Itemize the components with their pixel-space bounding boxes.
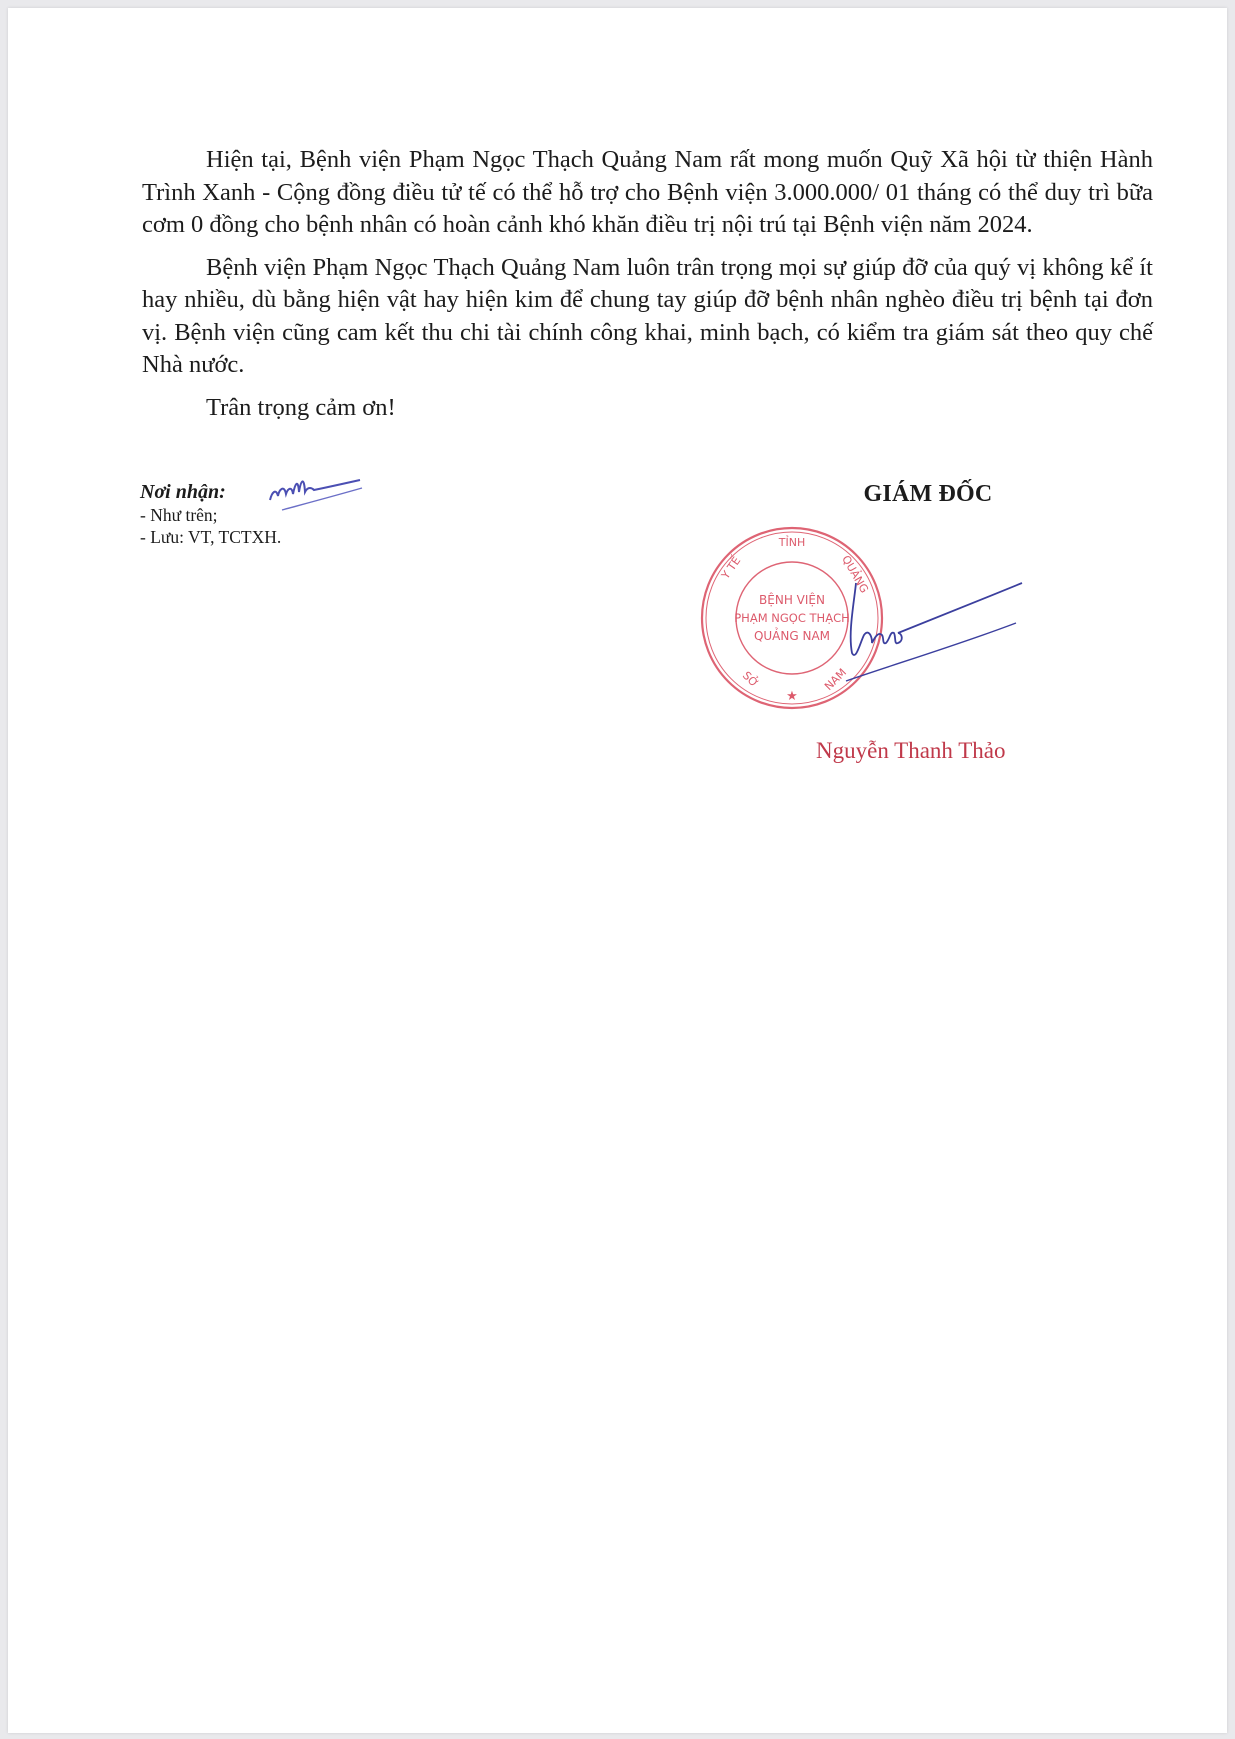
letter-body: Hiện tại, Bệnh viện Phạm Ngọc Thạch Quản… — [142, 144, 1153, 424]
signer-name: Nguyễn Thanh Thảo — [816, 738, 1006, 764]
director-signature-icon — [838, 563, 1028, 713]
paragraph-request: Hiện tại, Bệnh viện Phạm Ngọc Thạch Quản… — [142, 144, 1153, 242]
signature-block: GIÁM ĐỐC — [788, 480, 1068, 508]
recipients-block: Nơi nhận: - Như trên; - Lưu: VT, TCTXH. — [140, 480, 281, 548]
svg-text:★: ★ — [786, 689, 798, 704]
recipient-item: - Như trên; — [140, 504, 281, 526]
svg-text:PHẠM NGỌC THẠCH: PHẠM NGỌC THẠCH — [734, 611, 850, 625]
svg-text:BỆNH VIỆN: BỆNH VIỆN — [759, 592, 825, 607]
signer-title: GIÁM ĐỐC — [788, 480, 1068, 508]
recipients-heading: Nơi nhận: — [140, 480, 281, 504]
svg-text:QUẢNG NAM: QUẢNG NAM — [754, 627, 830, 643]
svg-text:TỈNH: TỈNH — [778, 535, 805, 549]
recipient-item: - Lưu: VT, TCTXH. — [140, 526, 281, 548]
initials-signature-icon — [264, 470, 364, 516]
svg-text:SỞ: SỞ — [740, 668, 762, 690]
paragraph-gratitude: Bệnh viện Phạm Ngọc Thạch Quảng Nam luôn… — [142, 252, 1153, 382]
closing-line: Trân trọng cảm ơn! — [142, 392, 1153, 425]
document-page: Hiện tại, Bệnh viện Phạm Ngọc Thạch Quản… — [8, 8, 1227, 1733]
